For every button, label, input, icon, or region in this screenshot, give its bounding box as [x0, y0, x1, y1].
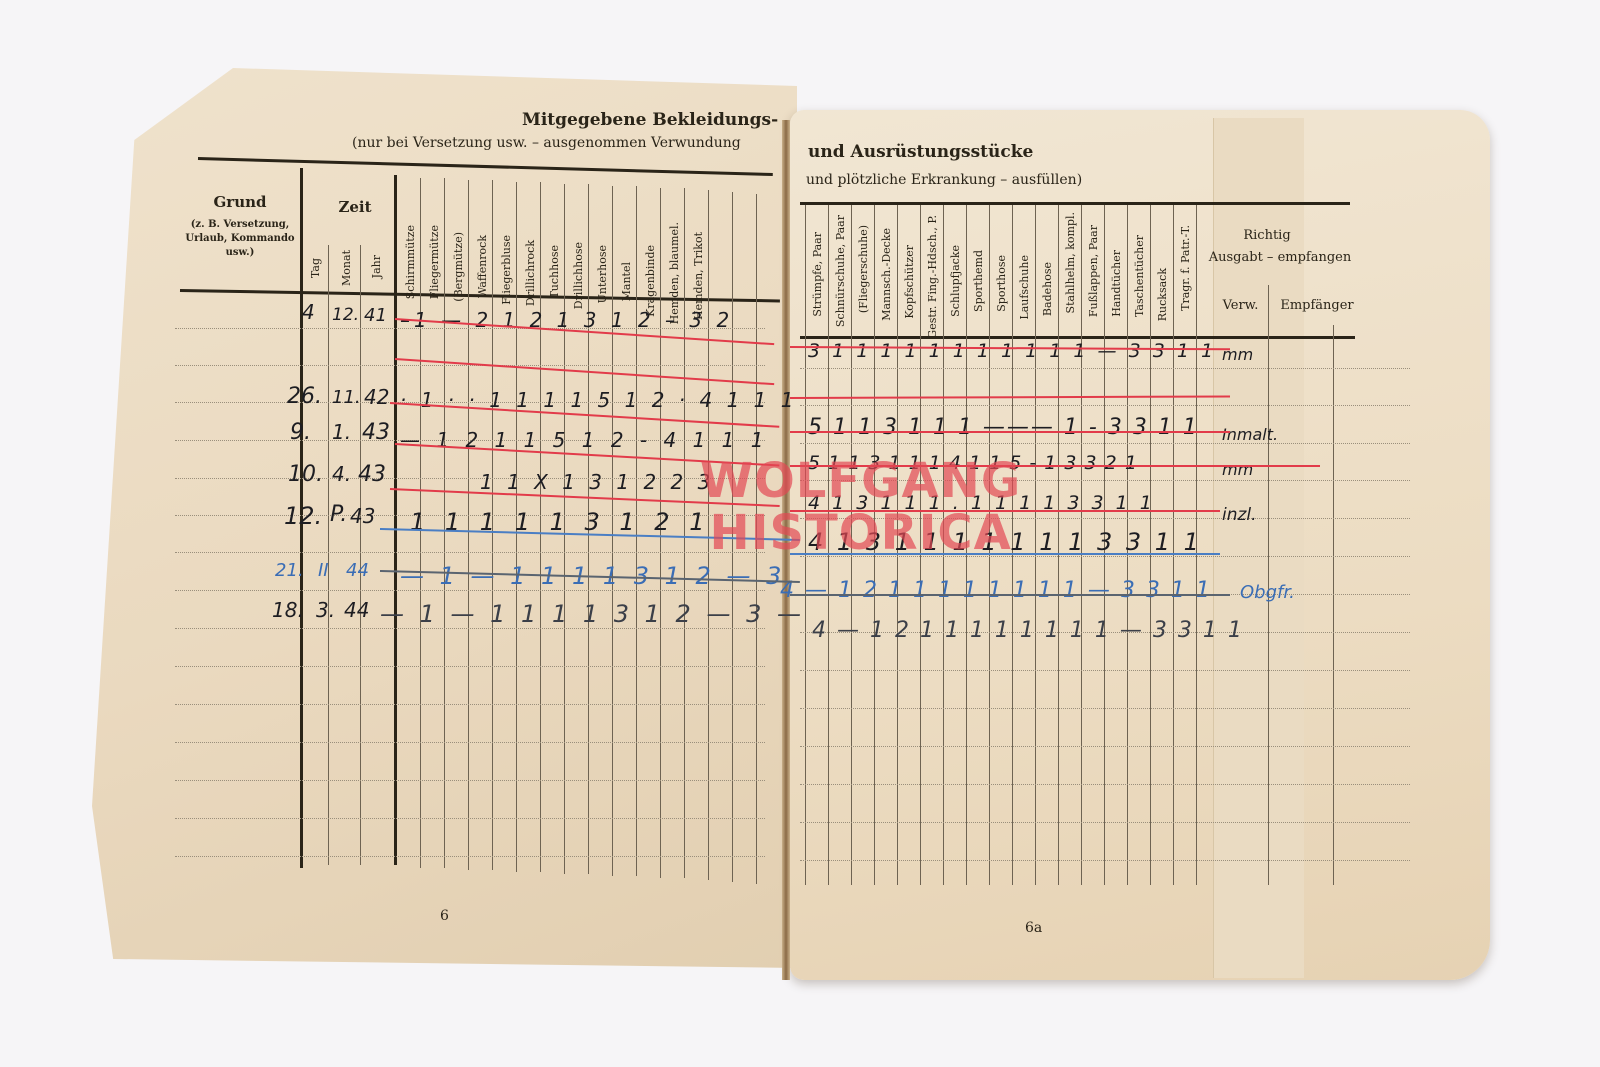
row-5-right-items: 4 — 1 2 1 1 1 1 1 1 1 1 — 3 3 1 1 — [780, 578, 1212, 603]
row-6-right-items: 4 — 1 2 1 1 1 1 1 1 1 1 — 3 3 1 1 — [812, 618, 1244, 643]
watermark-line-1: WOLFGANG — [700, 455, 1021, 507]
col-right-0: Strümpfe, Paar — [811, 232, 824, 317]
subtitle-left: (nur bei Versetzung usw. – ausgenommen V… — [352, 135, 741, 151]
row-0-left-items: –1 — 2 1 2 1 3 1 2 – 3 2 — [400, 308, 733, 332]
row-2-jahr: 43 — [362, 420, 390, 445]
col-right-3: Mannsch.-Decke — [880, 228, 893, 321]
header-zeit: Zeit — [305, 198, 405, 216]
row-1-monat: 11. — [332, 387, 361, 408]
header-richtig-sub: Ausgabt – empfangen — [1205, 250, 1355, 265]
col-left-1: Fliegermütze — [428, 225, 441, 299]
col-jahr: Jahr — [370, 255, 383, 278]
row-6-jahr: 44 — [344, 598, 369, 622]
row-line — [800, 670, 1410, 671]
grid-line — [360, 245, 361, 865]
col-left-10: Kragenbinde — [644, 245, 657, 317]
col-right-12: Fußlappen, Paar — [1087, 225, 1100, 317]
header-rule-right — [800, 336, 1355, 339]
col-right-8: Sporthose — [995, 255, 1008, 312]
watermark-line-2: HISTORICA — [700, 507, 1021, 559]
row-3-tag: 10. — [288, 462, 323, 487]
header-richtig: Richtig — [1232, 228, 1302, 243]
strike-line-grey — [790, 594, 1230, 596]
col-left-7: Drillichhose — [572, 242, 585, 309]
row-3-left-items: 1 1 X 1 3 1 2 2 3 — [480, 470, 714, 494]
strike-line-red — [790, 431, 1230, 433]
col-left-5: Drillichrock — [524, 240, 537, 306]
row-5-verw: Obgfr. — [1240, 582, 1295, 603]
row-line — [800, 708, 1410, 709]
row-3-jahr: 43 — [358, 462, 386, 487]
row-6-tag: 18. — [272, 598, 304, 622]
col-right-11: Stahlhelm, kompl. — [1064, 212, 1077, 313]
row-4-jahr: 43 — [350, 504, 375, 528]
row-line — [175, 742, 765, 743]
row-line — [175, 780, 765, 781]
row-4-verw: inzl. — [1222, 505, 1257, 525]
row-4-monat: P. — [330, 502, 347, 527]
row-1-verw: Inmalt. — [1222, 425, 1278, 444]
row-1-jahr: 42 — [364, 385, 389, 409]
col-right-13: Handtücher — [1110, 250, 1123, 317]
title-left: Mitgegebene Bekleidungs- — [522, 110, 778, 130]
col-left-6: Tuchhose — [548, 245, 561, 299]
row-4-tag: 12. — [284, 502, 322, 530]
row-line — [175, 856, 765, 857]
top-rule-right — [800, 202, 1350, 205]
row-2-tag: 9. — [290, 420, 311, 445]
row-5-monat: II — [318, 560, 329, 581]
grid-line — [1333, 325, 1334, 885]
row-1-tag: 26. — [287, 384, 322, 409]
row-0-jahr: 41 — [364, 305, 387, 326]
col-left-4: Fliegerbluse — [500, 235, 513, 305]
header-empfaenger: Empfänger — [1272, 298, 1362, 313]
page-number-left: 6 — [440, 908, 449, 924]
col-monat: Monat — [340, 250, 353, 286]
row-line — [800, 822, 1410, 823]
row-3-monat: 4. — [332, 462, 351, 486]
row-line — [175, 628, 765, 629]
row-line — [800, 443, 1410, 444]
row-line — [800, 368, 1410, 369]
col-right-2: (Fliegerschuhe) — [857, 225, 870, 313]
row-line — [800, 784, 1410, 785]
row-6-monat: 3. — [316, 598, 335, 622]
row-5-tag: 21. — [275, 560, 304, 581]
row-1-right-items: 5 1 1 3 1 1 1 ——— 1 - 3 3 1 1 — [808, 415, 1199, 440]
row-line — [175, 590, 765, 591]
row-1-left-items: · 1 · · 1 1 1 1 5 1 2 · 4 1 1 1 — [400, 388, 798, 412]
title-right: und Ausrüstungsstücke — [808, 142, 1033, 162]
row-line — [800, 405, 1410, 406]
row-0-right-items: 3 1 1 1 1 1 1 1 1 1 1 1 — 3 3 1 1 — [808, 340, 1216, 362]
grid-line — [328, 245, 329, 865]
soldbuch-spread: Mitgegebene Bekleidungs- (nur bei Verset… — [0, 0, 1600, 1067]
col-left-0: Schirmmütze — [404, 225, 417, 299]
col-right-16: Tragr. f. Patr.-T. — [1179, 225, 1192, 311]
row-line — [175, 704, 765, 705]
row-line — [175, 666, 765, 667]
col-right-9: Laufschuhe — [1018, 255, 1031, 320]
row-0-tag: 4 — [302, 300, 315, 324]
row-2-monat: 1. — [332, 420, 351, 444]
col-tag: Tag — [309, 258, 322, 278]
col-right-6: Schlupfjacke — [949, 245, 962, 317]
row-2-verw: mm — [1222, 460, 1253, 479]
folded-flap — [1213, 118, 1304, 978]
col-right-15: Rucksack — [1156, 268, 1169, 321]
row-line — [800, 746, 1410, 747]
page-number-right: 6a — [1025, 920, 1042, 936]
row-5-jahr: 44 — [346, 560, 369, 581]
row-line — [175, 552, 765, 553]
col-right-7: Sporthemd — [972, 250, 985, 312]
col-right-14: Taschentücher — [1133, 235, 1146, 317]
col-left-2: (Bergmütze) — [452, 232, 465, 302]
col-right-10: Badehose — [1041, 262, 1054, 316]
watermark: WOLFGANG HISTORICA — [700, 455, 1021, 559]
subtitle-right: und plötzliche Erkrankung – ausfüllen) — [806, 172, 1082, 188]
col-right-5: Gestr. Fing.-Hdsch., P. — [926, 215, 939, 339]
header-grund-note: (z. B. Versetzung, Urlaub, Kommando usw.… — [182, 218, 298, 260]
col-left-8: Unterhose — [596, 245, 609, 303]
grid-line — [394, 175, 397, 865]
col-left-3: Waffenrock — [476, 235, 489, 298]
row-0-monat: 12. — [332, 305, 359, 325]
col-left-12: Hemden, Trikot — [692, 232, 705, 320]
row-line — [175, 818, 765, 819]
col-left-9: Mantel — [620, 262, 633, 301]
col-right-4: Kopfschützer — [903, 245, 916, 319]
col-right-1: Schnürschuhe, Paar — [834, 215, 847, 327]
header-grund: Grund — [180, 193, 300, 211]
row-6-left-items: — 1 — 1 1 1 1 3 1 2 — 3 — — [380, 600, 805, 628]
row-line — [800, 860, 1410, 861]
row-line — [175, 365, 765, 366]
header-verw: Verw. — [1213, 298, 1268, 313]
